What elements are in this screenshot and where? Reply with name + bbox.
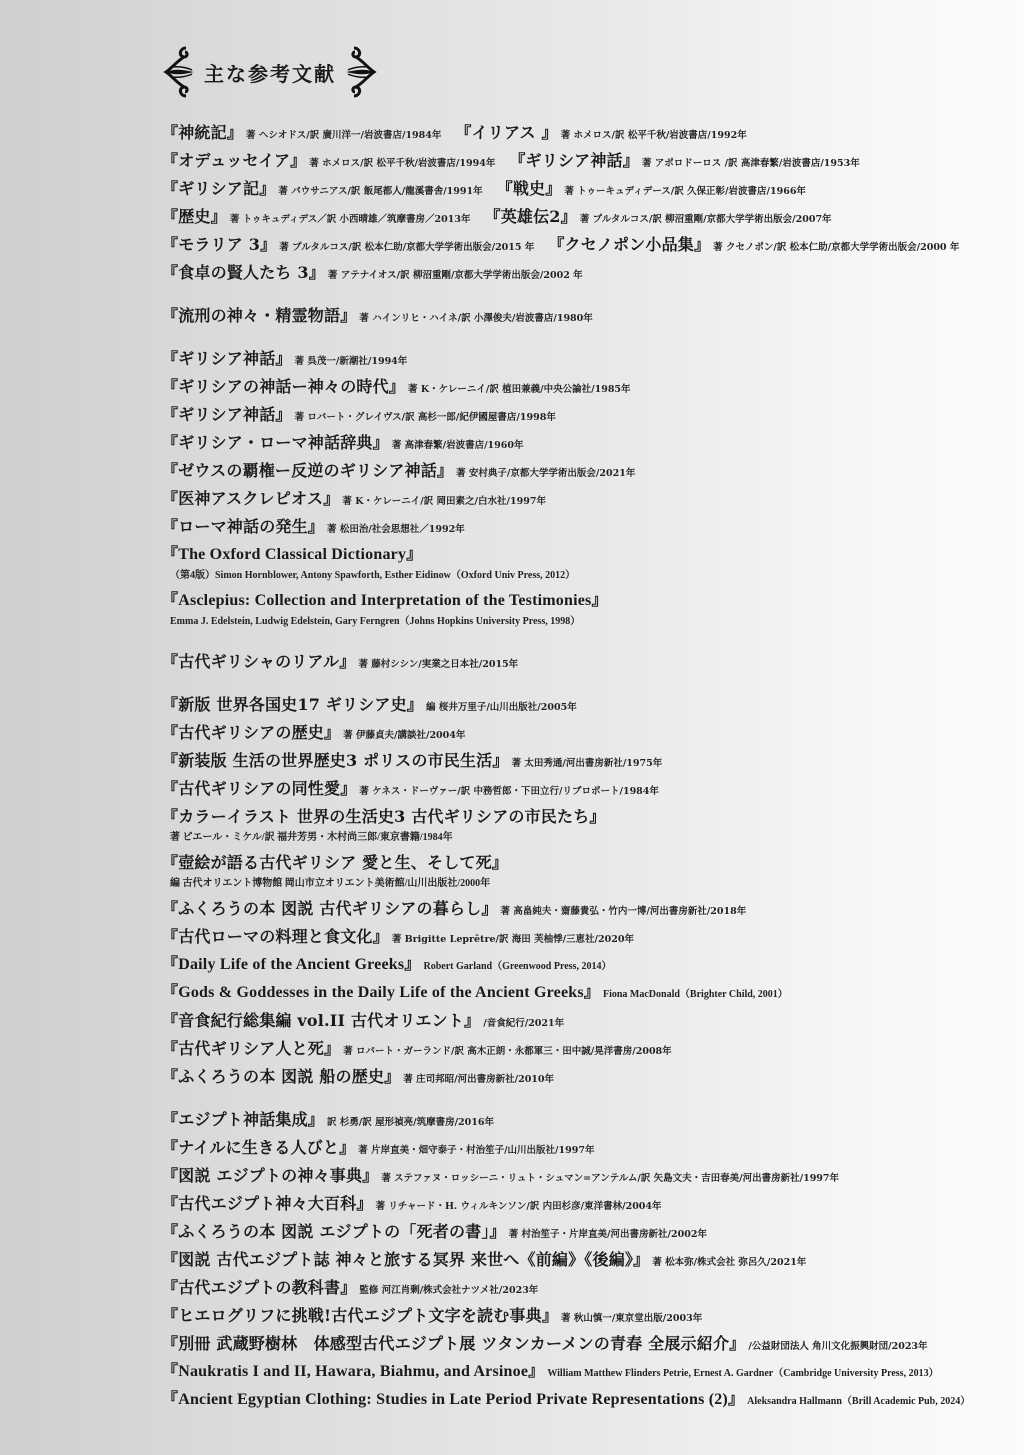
reference-row: 『Daily Life of the Ancient Greeks』Robert… <box>162 951 1002 979</box>
reference-entry: 『古代ギリシアの歴史』著 伊藤貞夫/講談社/2004年 <box>162 719 465 750</box>
book-title: 『食卓の賢人たち 3』 <box>162 259 325 287</box>
book-title: 『ギリシアの神話ー神々の時代』 <box>162 373 405 401</box>
reference-row: 『ギリシア記』著 パウサニアス/訳 飯尾都人/龍溪書舎/1991年 『戦史』著 … <box>162 175 1002 203</box>
book-title: 『壺絵が語る古代ギリシア 愛と生、そして死』 <box>162 849 508 877</box>
reference-entry: 『ギリシア・ローマ神話辞典』著 高津春繁/岩波書店/1960年 <box>162 429 524 460</box>
reference-entry: 『ナイルに生きる人びと』著 片岸直美・畑守泰子・村治笙子/山川出版社/1997年 <box>162 1134 594 1165</box>
book-title: 『音食紀行総集編 vol.II 古代オリエント』 <box>162 1007 480 1035</box>
book-meta: 著 プルタルコス/訳 柳沼重剛/京都大学学術出版会/2007年 <box>580 206 832 234</box>
book-title: 『医神アスクレピオス』 <box>162 485 339 513</box>
reference-entry: 『モラリア 3』著 プルタルコス/訳 松本仁助/京都大学学術出版会/2015 年 <box>162 231 534 262</box>
reference-row: 『図説 古代エジプト誌 神々と旅する冥界 来世へ《前編》《後編》』著 松本弥/株… <box>162 1246 1002 1274</box>
reference-entry: 『Gods & Goddesses in the Daily Life of t… <box>162 979 788 1009</box>
reference-row: 『ギリシア神話』著 呉茂一/新潮社/1994年 <box>162 345 1002 373</box>
reference-entry: 『Ancient Egyptian Clothing: Studies in L… <box>162 1386 970 1416</box>
reference-row: 『ゼウスの覇権ー反逆のギリシア神話』著 安村典子/京都大学学術出版会/2021年 <box>162 457 1002 485</box>
book-title: 『古代ギリシアの同性愛』 <box>162 775 356 803</box>
book-title: 『古代エジプトの教科書』 <box>162 1274 356 1302</box>
book-meta: 著 トゥーキュディデース/訳 久保正彰/岩波書店/1966年 <box>564 178 806 206</box>
reference-entry: 『古代ギリシアの同性愛』著 ケネス・ドーヴァー/訳 中務哲郎・下田立行/リブロポ… <box>162 775 659 806</box>
reference-entry: 『壺絵が語る古代ギリシア 愛と生、そして死』 <box>162 849 508 877</box>
reference-entry: 『図説 エジプトの神々事典』著 ステファヌ・ロッシーニ・リュト・シュマン=アンテ… <box>162 1162 839 1193</box>
reference-entry: 『古代エジプト神々大百科』著 リチャード・H. ウィルキンソン/訳 内田杉彦/東… <box>162 1190 662 1221</box>
book-meta: /音食紀行/2021年 <box>483 1010 564 1038</box>
book-meta: 著 クセノポン/訳 松本仁助/京都大学学術出版会/2000 年 <box>713 234 959 262</box>
reference-row: 『音食紀行総集編 vol.II 古代オリエント』/音食紀行/2021年 <box>162 1007 1002 1035</box>
book-meta: Emma J. Edelstein, Ludwig Edelstein, Gar… <box>162 615 1002 633</box>
book-meta: 著 高津春繁/岩波書店/1960年 <box>392 432 524 460</box>
book-title: 『ギリシア・ローマ神話辞典』 <box>162 429 389 457</box>
reference-row: 『オデュッセイア』著 ホメロス/訳 松平千秋/岩波書店/1994年 『ギリシア神… <box>162 147 1002 175</box>
book-title: 『古代ギリシャのリアル』 <box>162 648 355 676</box>
book-title: 『神統記』 <box>162 119 243 147</box>
book-meta: 著 安村典子/京都大学学術出版会/2021年 <box>456 460 635 488</box>
reference-row: 『流刑の神々・精霊物語』著 ハインリヒ・ハイネ/訳 小澤俊夫/岩波書店/1980… <box>162 302 1002 330</box>
reference-entry: 『ギリシア神話』著 呉茂一/新潮社/1994年 <box>162 345 407 376</box>
reference-row: 『ふくろうの本 図説 船の歴史』著 庄司邦昭/河出書房新社/2010年 <box>162 1063 1002 1091</box>
reference-row: 『古代ギリシアの歴史』著 伊藤貞夫/講談社/2004年 <box>162 719 1002 747</box>
book-title: 『ふくろうの本 図説 エジプトの「死者の書」』 <box>162 1218 506 1246</box>
book-meta: 編 古代オリエント博物館 岡山市立オリエント美術館/山川出版社/2000年 <box>162 877 1002 895</box>
book-title: 『ローマ神話の発生』 <box>162 513 324 541</box>
reference-entry: 『オデュッセイア』著 ホメロス/訳 松平千秋/岩波書店/1994年 <box>162 147 495 178</box>
reference-entry: 『神統記』著 ヘシオドス/訳 廣川洋一/岩波書店/1984年 <box>162 119 441 150</box>
book-title: 『ギリシア記』 <box>162 175 275 203</box>
reference-entry: 『歴史』著 トゥキュディデス／訳 小西晴雄／筑摩書房／2013年 <box>162 203 471 234</box>
book-title: 『古代エジプト神々大百科』 <box>162 1190 373 1218</box>
reference-row: 『歴史』著 トゥキュディデス／訳 小西晴雄／筑摩書房／2013年 『英雄伝2』著… <box>162 203 1002 231</box>
reference-entry: 『戦史』著 トゥーキュディデース/訳 久保正彰/岩波書店/1966年 <box>497 175 806 206</box>
book-title: 『戦史』 <box>497 175 562 203</box>
book-meta: 著 ハインリヒ・ハイネ/訳 小澤俊夫/岩波書店/1980年 <box>359 305 592 333</box>
book-title: 『モラリア 3』 <box>162 231 276 259</box>
book-meta: 編 桜井万里子/山川出版社/2005年 <box>426 694 577 722</box>
reference-entry: 『流刑の神々・精霊物語』著 ハインリヒ・ハイネ/訳 小澤俊夫/岩波書店/1980… <box>162 302 593 333</box>
reference-row: 『壺絵が語る古代ギリシア 愛と生、そして死』 <box>162 849 1002 877</box>
reference-row: 『古代ギリシアの同性愛』著 ケネス・ドーヴァー/訳 中務哲郎・下田立行/リブロポ… <box>162 775 1002 803</box>
book-meta: /公益財団法人 角川文化振興財団/2023年 <box>748 1333 927 1361</box>
book-title: 『別冊 武蔵野樹林 体感型古代エジプト展 ツタンカーメンの青春 全展示紹介』 <box>162 1330 745 1358</box>
reference-entry: 『図説 古代エジプト誌 神々と旅する冥界 来世へ《前編》《後編》』著 松本弥/株… <box>162 1246 806 1277</box>
flourish-ornament-icon <box>162 40 198 104</box>
book-title: 『クセノポン小品集』 <box>548 231 710 259</box>
reference-row: 『ギリシアの神話ー神々の時代』著 K・ケレーニイ/訳 植田兼義/中央公論社/19… <box>162 373 1002 401</box>
book-meta: 著 アテナイオス/訳 柳沼重剛/京都大学学術出版会/2002 年 <box>328 262 583 290</box>
book-meta: Aleksandra Hallmann（Brill Academic Pub, … <box>747 1388 970 1416</box>
reference-entry: 『ギリシア記』著 パウサニアス/訳 飯尾都人/龍溪書舎/1991年 <box>162 175 483 206</box>
reference-entry: 『古代エジプトの教科書』監修 河江肖剰/株式会社ナツメ社/2023年 <box>162 1274 538 1305</box>
reference-row: 『神統記』著 ヘシオドス/訳 廣川洋一/岩波書店/1984年 『イリアス 』著 … <box>162 119 1002 147</box>
book-meta: 著 プルタルコス/訳 松本仁助/京都大学学術出版会/2015 年 <box>279 234 534 262</box>
book-meta: 著 片岸直美・畑守泰子・村治笙子/山川出版社/1997年 <box>358 1137 594 1165</box>
book-title: 『古代ギリシア人と死』 <box>162 1035 340 1063</box>
reference-row: 『ふくろうの本 図説 エジプトの「死者の書」』著 村治笙子・片岸直美/河出書房新… <box>162 1218 1002 1246</box>
reference-row: 『食卓の賢人たち 3』著 アテナイオス/訳 柳沼重剛/京都大学学術出版会/200… <box>162 259 1002 287</box>
book-title: 『ヒエログリフに挑戦!古代エジプト文字を読む事典』 <box>162 1302 558 1330</box>
reference-entry: 『ふくろうの本 図説 船の歴史』著 庄司邦昭/河出書房新社/2010年 <box>162 1063 554 1094</box>
reference-row: 『古代エジプトの教科書』監修 河江肖剰/株式会社ナツメ社/2023年 <box>162 1274 1002 1302</box>
book-title: 『Ancient Egyptian Clothing: Studies in L… <box>162 1386 744 1414</box>
reference-entry: 『新装版 生活の世界歴史3 ポリスの市民生活』著 太田秀通/河出書房新社/197… <box>162 747 662 778</box>
book-meta: 著 K・ケレーニイ/訳 岡田素之/白水社/1997年 <box>342 488 546 516</box>
book-meta: 著 K・ケレーニイ/訳 植田兼義/中央公論社/1985年 <box>408 376 631 404</box>
book-meta: 著 松田治/社会思想社／1992年 <box>327 516 465 544</box>
reference-row: 『エジプト神話集成』訳 杉勇/訳 屋形禎亮/筑摩書房/2016年 <box>162 1106 1002 1134</box>
book-meta: Robert Garland（Greenwood Press, 2014） <box>423 953 611 981</box>
book-meta: 著 Brigitte Leprêtre/訳 海田 芙柚悸/三恵社/2020年 <box>392 926 634 954</box>
book-meta: 著 パウサニアス/訳 飯尾都人/龍溪書舎/1991年 <box>278 178 482 206</box>
book-title: 『ナイルに生きる人びと』 <box>162 1134 355 1162</box>
book-title: 『新版 世界各国史17 ギリシア史』 <box>162 691 423 719</box>
reference-row: 『モラリア 3』著 プルタルコス/訳 松本仁助/京都大学学術出版会/2015 年… <box>162 231 1002 259</box>
book-meta: 著 リチャード・H. ウィルキンソン/訳 内田杉彦/東洋書林/2004年 <box>376 1193 662 1221</box>
book-title: 『Daily Life of the Ancient Greeks』 <box>162 951 420 979</box>
book-title: 『英雄伝2』 <box>485 203 577 231</box>
reference-row: 『Gods & Goddesses in the Daily Life of t… <box>162 979 1002 1007</box>
book-title: 『図説 エジプトの神々事典』 <box>162 1162 378 1190</box>
book-title: 『ゼウスの覇権ー反逆のギリシア神話』 <box>162 457 453 485</box>
book-meta: 著 アポロドーロス /訳 高津春繁/岩波書店/1953年 <box>642 150 860 178</box>
book-meta: 著 ヘシオドス/訳 廣川洋一/岩波書店/1984年 <box>246 122 441 150</box>
reference-entry: 『Asclepius: Collection and Interpretatio… <box>162 587 608 615</box>
page-title: 主な参考文献 <box>204 58 336 87</box>
reference-row: 『古代ギリシア人と死』著 ロバート・ガーランド/訳 高木正朗・永都軍三・田中誠/… <box>162 1035 1002 1063</box>
book-title: 『図説 古代エジプト誌 神々と旅する冥界 来世へ《前編》《後編》』 <box>162 1246 649 1274</box>
reference-entry: 『ふくろうの本 図説 エジプトの「死者の書」』著 村治笙子・片岸直美/河出書房新… <box>162 1218 707 1249</box>
reference-row: 『Naukratis I and II, Hawara, Biahmu, and… <box>162 1358 1002 1386</box>
book-title: 『新装版 生活の世界歴史3 ポリスの市民生活』 <box>162 747 509 775</box>
book-meta: 著 ケネス・ドーヴァー/訳 中務哲郎・下田立行/リブロポート/1984年 <box>359 778 659 806</box>
reference-entry: 『ヒエログリフに挑戦!古代エジプト文字を読む事典』著 秋山慎一/東京堂出版/20… <box>162 1302 702 1333</box>
book-title: 『Naukratis I and II, Hawara, Biahmu, and… <box>162 1358 544 1386</box>
book-meta: 著 高畠純夫・齋藤貴弘・竹内一博/河出書房新社/2018年 <box>501 898 747 926</box>
reference-entry: 『古代ギリシア人と死』著 ロバート・ガーランド/訳 高木正朗・永都軍三・田中誠/… <box>162 1035 672 1066</box>
book-meta: 著 村治笙子・片岸直美/河出書房新社/2002年 <box>509 1221 707 1249</box>
page-header: 主な参考文献 <box>162 40 378 104</box>
book-meta: 著 庄司邦昭/河出書房新社/2010年 <box>403 1066 554 1094</box>
book-meta: 著 藤村シシン/実業之日本社/2015年 <box>358 651 518 679</box>
book-meta: 著 太田秀通/河出書房新社/1975年 <box>512 750 663 778</box>
book-title: 『オデュッセイア』 <box>162 147 306 175</box>
book-meta: 著 呉茂一/新潮社/1994年 <box>295 348 408 376</box>
book-title: 『歴史』 <box>162 203 227 231</box>
book-meta: William Matthew Flinders Petrie, Ernest … <box>547 1360 938 1388</box>
reference-row: 『医神アスクレピオス』著 K・ケレーニイ/訳 岡田素之/白水社/1997年 <box>162 485 1002 513</box>
reference-row: 『Ancient Egyptian Clothing: Studies in L… <box>162 1386 1002 1414</box>
book-meta: 著 秋山慎一/東京堂出版/2003年 <box>561 1305 702 1333</box>
book-meta: 著 ロバート・グレイヴス/訳 高杉一郎/紀伊國屋書店/1998年 <box>295 404 556 432</box>
reference-entry: 『古代ギリシャのリアル』著 藤村シシン/実業之日本社/2015年 <box>162 648 518 679</box>
reference-entry: 『Daily Life of the Ancient Greeks』Robert… <box>162 951 611 981</box>
book-meta: 著 伊藤貞夫/講談社/2004年 <box>343 722 465 750</box>
reference-row: 『ナイルに生きる人びと』著 片岸直美・畑守泰子・村治笙子/山川出版社/1997年 <box>162 1134 1002 1162</box>
book-meta: Fiona MacDonald（Brighter Child, 2001） <box>603 981 788 1009</box>
reference-entry: 『食卓の賢人たち 3』著 アテナイオス/訳 柳沼重剛/京都大学学術出版会/200… <box>162 259 583 290</box>
book-title: 『Asclepius: Collection and Interpretatio… <box>162 587 608 615</box>
book-title: 『イリアス 』 <box>455 119 557 147</box>
reference-row: 『ヒエログリフに挑戦!古代エジプト文字を読む事典』著 秋山慎一/東京堂出版/20… <box>162 1302 1002 1330</box>
reference-entry: 『イリアス 』著 ホメロス/訳 松平千秋/岩波書店/1992年 <box>455 119 746 150</box>
reference-row: 『別冊 武蔵野樹林 体感型古代エジプト展 ツタンカーメンの青春 全展示紹介』/公… <box>162 1330 1002 1358</box>
reference-entry: 『カラーイラスト 世界の生活史3 古代ギリシアの市民たち』 <box>162 803 606 831</box>
reference-row: 『Asclepius: Collection and Interpretatio… <box>162 587 1002 615</box>
reference-entry: 『新版 世界各国史17 ギリシア史』編 桜井万里子/山川出版社/2005年 <box>162 691 577 722</box>
reference-entry: 『ゼウスの覇権ー反逆のギリシア神話』著 安村典子/京都大学学術出版会/2021年 <box>162 457 635 488</box>
reference-entry: 『音食紀行総集編 vol.II 古代オリエント』/音食紀行/2021年 <box>162 1007 564 1038</box>
reference-row: 『The Oxford Classical Dictionary』 <box>162 541 1002 569</box>
book-title: 『ふくろうの本 図説 古代ギリシアの暮らし』 <box>162 895 498 923</box>
book-title: 『ギリシア神話』 <box>509 147 639 175</box>
reference-row: 『ローマ神話の発生』著 松田治/社会思想社／1992年 <box>162 513 1002 541</box>
book-meta: 訳 杉勇/訳 屋形禎亮/筑摩書房/2016年 <box>327 1109 494 1137</box>
reference-row: 『古代ローマの料理と食文化』著 Brigitte Leprêtre/訳 海田 芙… <box>162 923 1002 951</box>
book-title: 『流刑の神々・精霊物語』 <box>162 302 356 330</box>
book-meta: （第4版）Simon Hornblower, Antony Spawforth,… <box>162 569 1002 587</box>
reference-row: 『古代エジプト神々大百科』著 リチャード・H. ウィルキンソン/訳 内田杉彦/東… <box>162 1190 1002 1218</box>
reference-entry: 『ギリシアの神話ー神々の時代』著 K・ケレーニイ/訳 植田兼義/中央公論社/19… <box>162 373 631 404</box>
reference-entry: 『ローマ神話の発生』著 松田治/社会思想社／1992年 <box>162 513 465 544</box>
reference-row: 『ふくろうの本 図説 古代ギリシアの暮らし』著 高畠純夫・齋藤貴弘・竹内一博/河… <box>162 895 1002 923</box>
reference-entry: 『医神アスクレピオス』著 K・ケレーニイ/訳 岡田素之/白水社/1997年 <box>162 485 546 516</box>
reference-entry: 『ギリシア神話』著 ロバート・グレイヴス/訳 高杉一郎/紀伊國屋書店/1998年 <box>162 401 556 432</box>
book-meta: 監修 河江肖剰/株式会社ナツメ社/2023年 <box>359 1277 538 1305</box>
reference-list: 『神統記』著 ヘシオドス/訳 廣川洋一/岩波書店/1984年 『イリアス 』著 … <box>162 119 1002 1414</box>
reference-row: 『カラーイラスト 世界の生活史3 古代ギリシアの市民たち』 <box>162 803 1002 831</box>
book-title: 『カラーイラスト 世界の生活史3 古代ギリシアの市民たち』 <box>162 803 606 831</box>
reference-row: 『図説 エジプトの神々事典』著 ステファヌ・ロッシーニ・リュト・シュマン=アンテ… <box>162 1162 1002 1190</box>
reference-row: 『新版 世界各国史17 ギリシア史』編 桜井万里子/山川出版社/2005年 <box>162 691 1002 719</box>
reference-entry: 『英雄伝2』著 プルタルコス/訳 柳沼重剛/京都大学学術出版会/2007年 <box>485 203 832 234</box>
reference-row: 『ギリシア・ローマ神話辞典』著 高津春繁/岩波書店/1960年 <box>162 429 1002 457</box>
book-title: 『ギリシア神話』 <box>162 401 292 429</box>
book-title: 『Gods & Goddesses in the Daily Life of t… <box>162 979 600 1007</box>
book-meta: 著 ホメロス/訳 松平千秋/岩波書店/1992年 <box>561 122 747 150</box>
reference-entry: 『別冊 武蔵野樹林 体感型古代エジプト展 ツタンカーメンの青春 全展示紹介』/公… <box>162 1330 928 1361</box>
book-meta: 著 ホメロス/訳 松平千秋/岩波書店/1994年 <box>309 150 495 178</box>
book-meta: 著 トゥキュディデス／訳 小西晴雄／筑摩書房／2013年 <box>230 206 471 234</box>
reference-row: 『新装版 生活の世界歴史3 ポリスの市民生活』著 太田秀通/河出書房新社/197… <box>162 747 1002 775</box>
book-title: 『古代ローマの料理と食文化』 <box>162 923 389 951</box>
book-meta: 著 ステファヌ・ロッシーニ・リュト・シュマン=アンテルム/訳 矢島文夫・吉田春美… <box>381 1165 839 1193</box>
reference-entry: 『Naukratis I and II, Hawara, Biahmu, and… <box>162 1358 939 1388</box>
book-meta: 著 松本弥/株式会社 弥呂久/2021年 <box>652 1249 806 1277</box>
book-title: 『The Oxford Classical Dictionary』 <box>162 541 422 569</box>
reference-row: 『ギリシア神話』著 ロバート・グレイヴス/訳 高杉一郎/紀伊國屋書店/1998年 <box>162 401 1002 429</box>
book-meta: 著 ピエール・ミケル/訳 福井芳男・木村尚三郎/東京書籍/1984年 <box>162 831 1002 849</box>
reference-row: 『古代ギリシャのリアル』著 藤村シシン/実業之日本社/2015年 <box>162 648 1002 676</box>
reference-entry: 『エジプト神話集成』訳 杉勇/訳 屋形禎亮/筑摩書房/2016年 <box>162 1106 494 1137</box>
book-title: 『古代ギリシアの歴史』 <box>162 719 340 747</box>
book-title: 『ふくろうの本 図説 船の歴史』 <box>162 1063 400 1091</box>
book-meta: 著 ロバート・ガーランド/訳 高木正朗・永都軍三・田中誠/晃洋書房/2008年 <box>343 1038 671 1066</box>
reference-entry: 『古代ローマの料理と食文化』著 Brigitte Leprêtre/訳 海田 芙… <box>162 923 634 954</box>
book-title: 『エジプト神話集成』 <box>162 1106 324 1134</box>
reference-entry: 『ふくろうの本 図説 古代ギリシアの暮らし』著 高畠純夫・齋藤貴弘・竹内一博/河… <box>162 895 746 926</box>
flourish-ornament-icon <box>342 40 378 104</box>
book-title: 『ギリシア神話』 <box>162 345 292 373</box>
reference-entry: 『The Oxford Classical Dictionary』 <box>162 541 422 569</box>
reference-entry: 『クセノポン小品集』著 クセノポン/訳 松本仁助/京都大学学術出版会/2000 … <box>548 231 959 262</box>
reference-entry: 『ギリシア神話』著 アポロドーロス /訳 高津春繁/岩波書店/1953年 <box>509 147 859 178</box>
